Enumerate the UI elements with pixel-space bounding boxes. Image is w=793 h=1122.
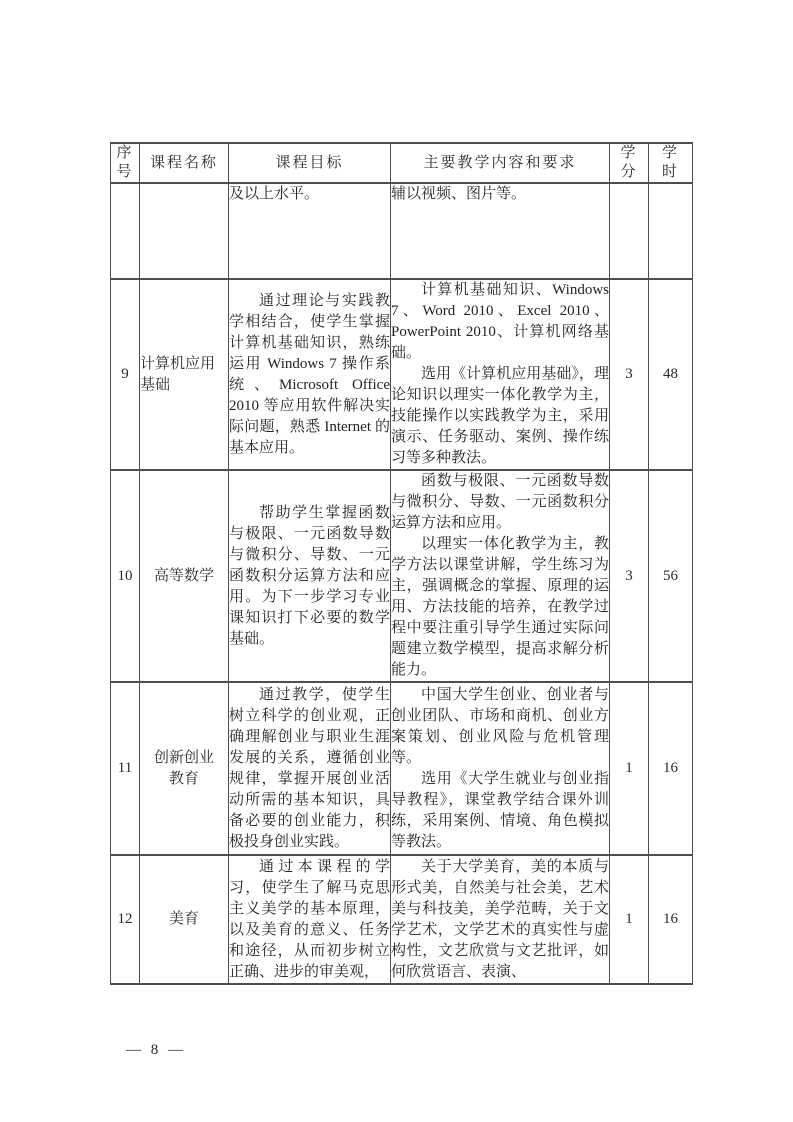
col-header-credits: 学 分: [610, 143, 649, 183]
table-row: 12 美育 通过本课程的学习，使学生了解马克思主义美学的基本原理，以及美育的意义…: [111, 855, 693, 984]
hours-cell: 16: [649, 682, 693, 855]
table-row: 10 高等数学 帮助学生掌握函数与极限、一元函数导数与微积分、导数、一元函数积分…: [111, 470, 693, 682]
content-paragraph: 计算机基础知识、Windows 7、Word 2010、Excel 2010、P…: [391, 280, 609, 364]
page-number: — 8 —: [126, 1042, 186, 1059]
course-name-cell: 计算机应用 基础: [140, 279, 229, 470]
course-content-cell: 中国大学生创业、创业者与创业团队、市场和商机、创业方案策划、创业风险与危机管理等…: [391, 682, 610, 855]
table-header-row: 序 号 课程名称 课程目标 主要教学内容和要求 学 分 学 时: [111, 143, 693, 183]
course-content-cell: 函数与极限、一元函数导数与微积分、导数、一元函数积分运算方法和应用。 以理实一体…: [391, 470, 610, 682]
credits-cell: 1: [610, 855, 649, 984]
hours-cell: 56: [649, 470, 693, 682]
col-header-name: 课程名称: [140, 143, 229, 183]
objective-paragraph: 通过教学，使学生树立科学的创业观，正确理解创业与职业生涯发展的关系，遵循创业规律…: [229, 685, 390, 853]
course-objective-cell: 通过理论与实践教学相结合，使学生掌握计算机基础知识，熟练运用 Windows 7…: [229, 279, 391, 470]
hours-cell: 16: [649, 855, 693, 984]
content-paragraph: 以理实一体化教学为主，教学方法以课堂讲解，学生练习为主，强调概念的掌握、原理的运…: [391, 534, 609, 681]
col-header-no: 序 号: [111, 143, 140, 183]
content-paragraph: 中国大学生创业、创业者与创业团队、市场和商机、创业方案策划、创业风险与危机管理等…: [391, 685, 609, 769]
content-paragraph: 选用《计算机应用基础》，理论知识以理实一体化教学为主，技能操作以实践教学为主，采…: [391, 364, 609, 469]
carryover-name-cell: [140, 183, 229, 279]
credits-cell: 1: [610, 682, 649, 855]
course-name-cell: 创新创业 教育: [140, 682, 229, 855]
content-paragraph: 关于大学美育，美的本质与形式美，自然美与社会美，艺术美与科技美，美学范畴，关于文…: [391, 857, 609, 983]
carryover-credits-cell: [610, 183, 649, 279]
course-objective-cell: 通过教学，使学生树立科学的创业观，正确理解创业与职业生涯发展的关系，遵循创业规律…: [229, 682, 391, 855]
course-objective-cell: 通过本课程的学习，使学生了解马克思主义美学的基本原理，以及美育的意义、任务和途径…: [229, 855, 391, 984]
course-table: 序 号 课程名称 课程目标 主要教学内容和要求 学 分 学 时 及以上水平。 辅…: [110, 142, 693, 985]
hours-cell: 48: [649, 279, 693, 470]
table-row-carryover: 及以上水平。 辅以视频、图片等。: [111, 183, 693, 279]
objective-paragraph: 及以上水平。: [229, 184, 390, 205]
course-name-cell: 高等数学: [140, 470, 229, 682]
course-no-cell: 9: [111, 279, 140, 470]
content-paragraph: 函数与极限、一元函数导数与微积分、导数、一元函数积分运算方法和应用。: [391, 471, 609, 534]
objective-paragraph: 通过理论与实践教学相结合，使学生掌握计算机基础知识，熟练运用 Windows 7…: [229, 291, 390, 459]
col-header-hours: 学 时: [649, 143, 693, 183]
carryover-objective-cell: 及以上水平。: [229, 183, 391, 279]
table-row: 11 创新创业 教育 通过教学，使学生树立科学的创业观，正确理解创业与职业生涯发…: [111, 682, 693, 855]
col-header-objective: 课程目标: [229, 143, 391, 183]
objective-paragraph: 通过本课程的学习，使学生了解马克思主义美学的基本原理，以及美育的意义、任务和途径…: [229, 857, 390, 983]
course-objective-cell: 帮助学生掌握函数与极限、一元函数导数与微积分、导数、一元函数积分运算方法和应用。…: [229, 470, 391, 682]
carryover-hours-cell: [649, 183, 693, 279]
content-paragraph: 辅以视频、图片等。: [391, 184, 609, 205]
objective-paragraph: 帮助学生掌握函数与极限、一元函数导数与微积分、导数、一元函数积分运算方法和应用。…: [229, 503, 390, 650]
course-no-cell: 10: [111, 470, 140, 682]
course-content-cell: 计算机基础知识、Windows 7、Word 2010、Excel 2010、P…: [391, 279, 610, 470]
credits-cell: 3: [610, 279, 649, 470]
credits-cell: 3: [610, 470, 649, 682]
course-no-cell: 11: [111, 682, 140, 855]
course-no-cell: 12: [111, 855, 140, 984]
course-name-cell: 美育: [140, 855, 229, 984]
col-header-content: 主要教学内容和要求: [391, 143, 610, 183]
carryover-no-cell: [111, 183, 140, 279]
course-content-cell: 关于大学美育，美的本质与形式美，自然美与社会美，艺术美与科技美，美学范畴，关于文…: [391, 855, 610, 984]
table-row: 9 计算机应用 基础 通过理论与实践教学相结合，使学生掌握计算机基础知识，熟练运…: [111, 279, 693, 470]
content-paragraph: 选用《大学生就业与创业指导教程》，课堂教学结合课外训练，采用案例、情境、角色模拟…: [391, 769, 609, 853]
carryover-content-cell: 辅以视频、图片等。: [391, 183, 610, 279]
